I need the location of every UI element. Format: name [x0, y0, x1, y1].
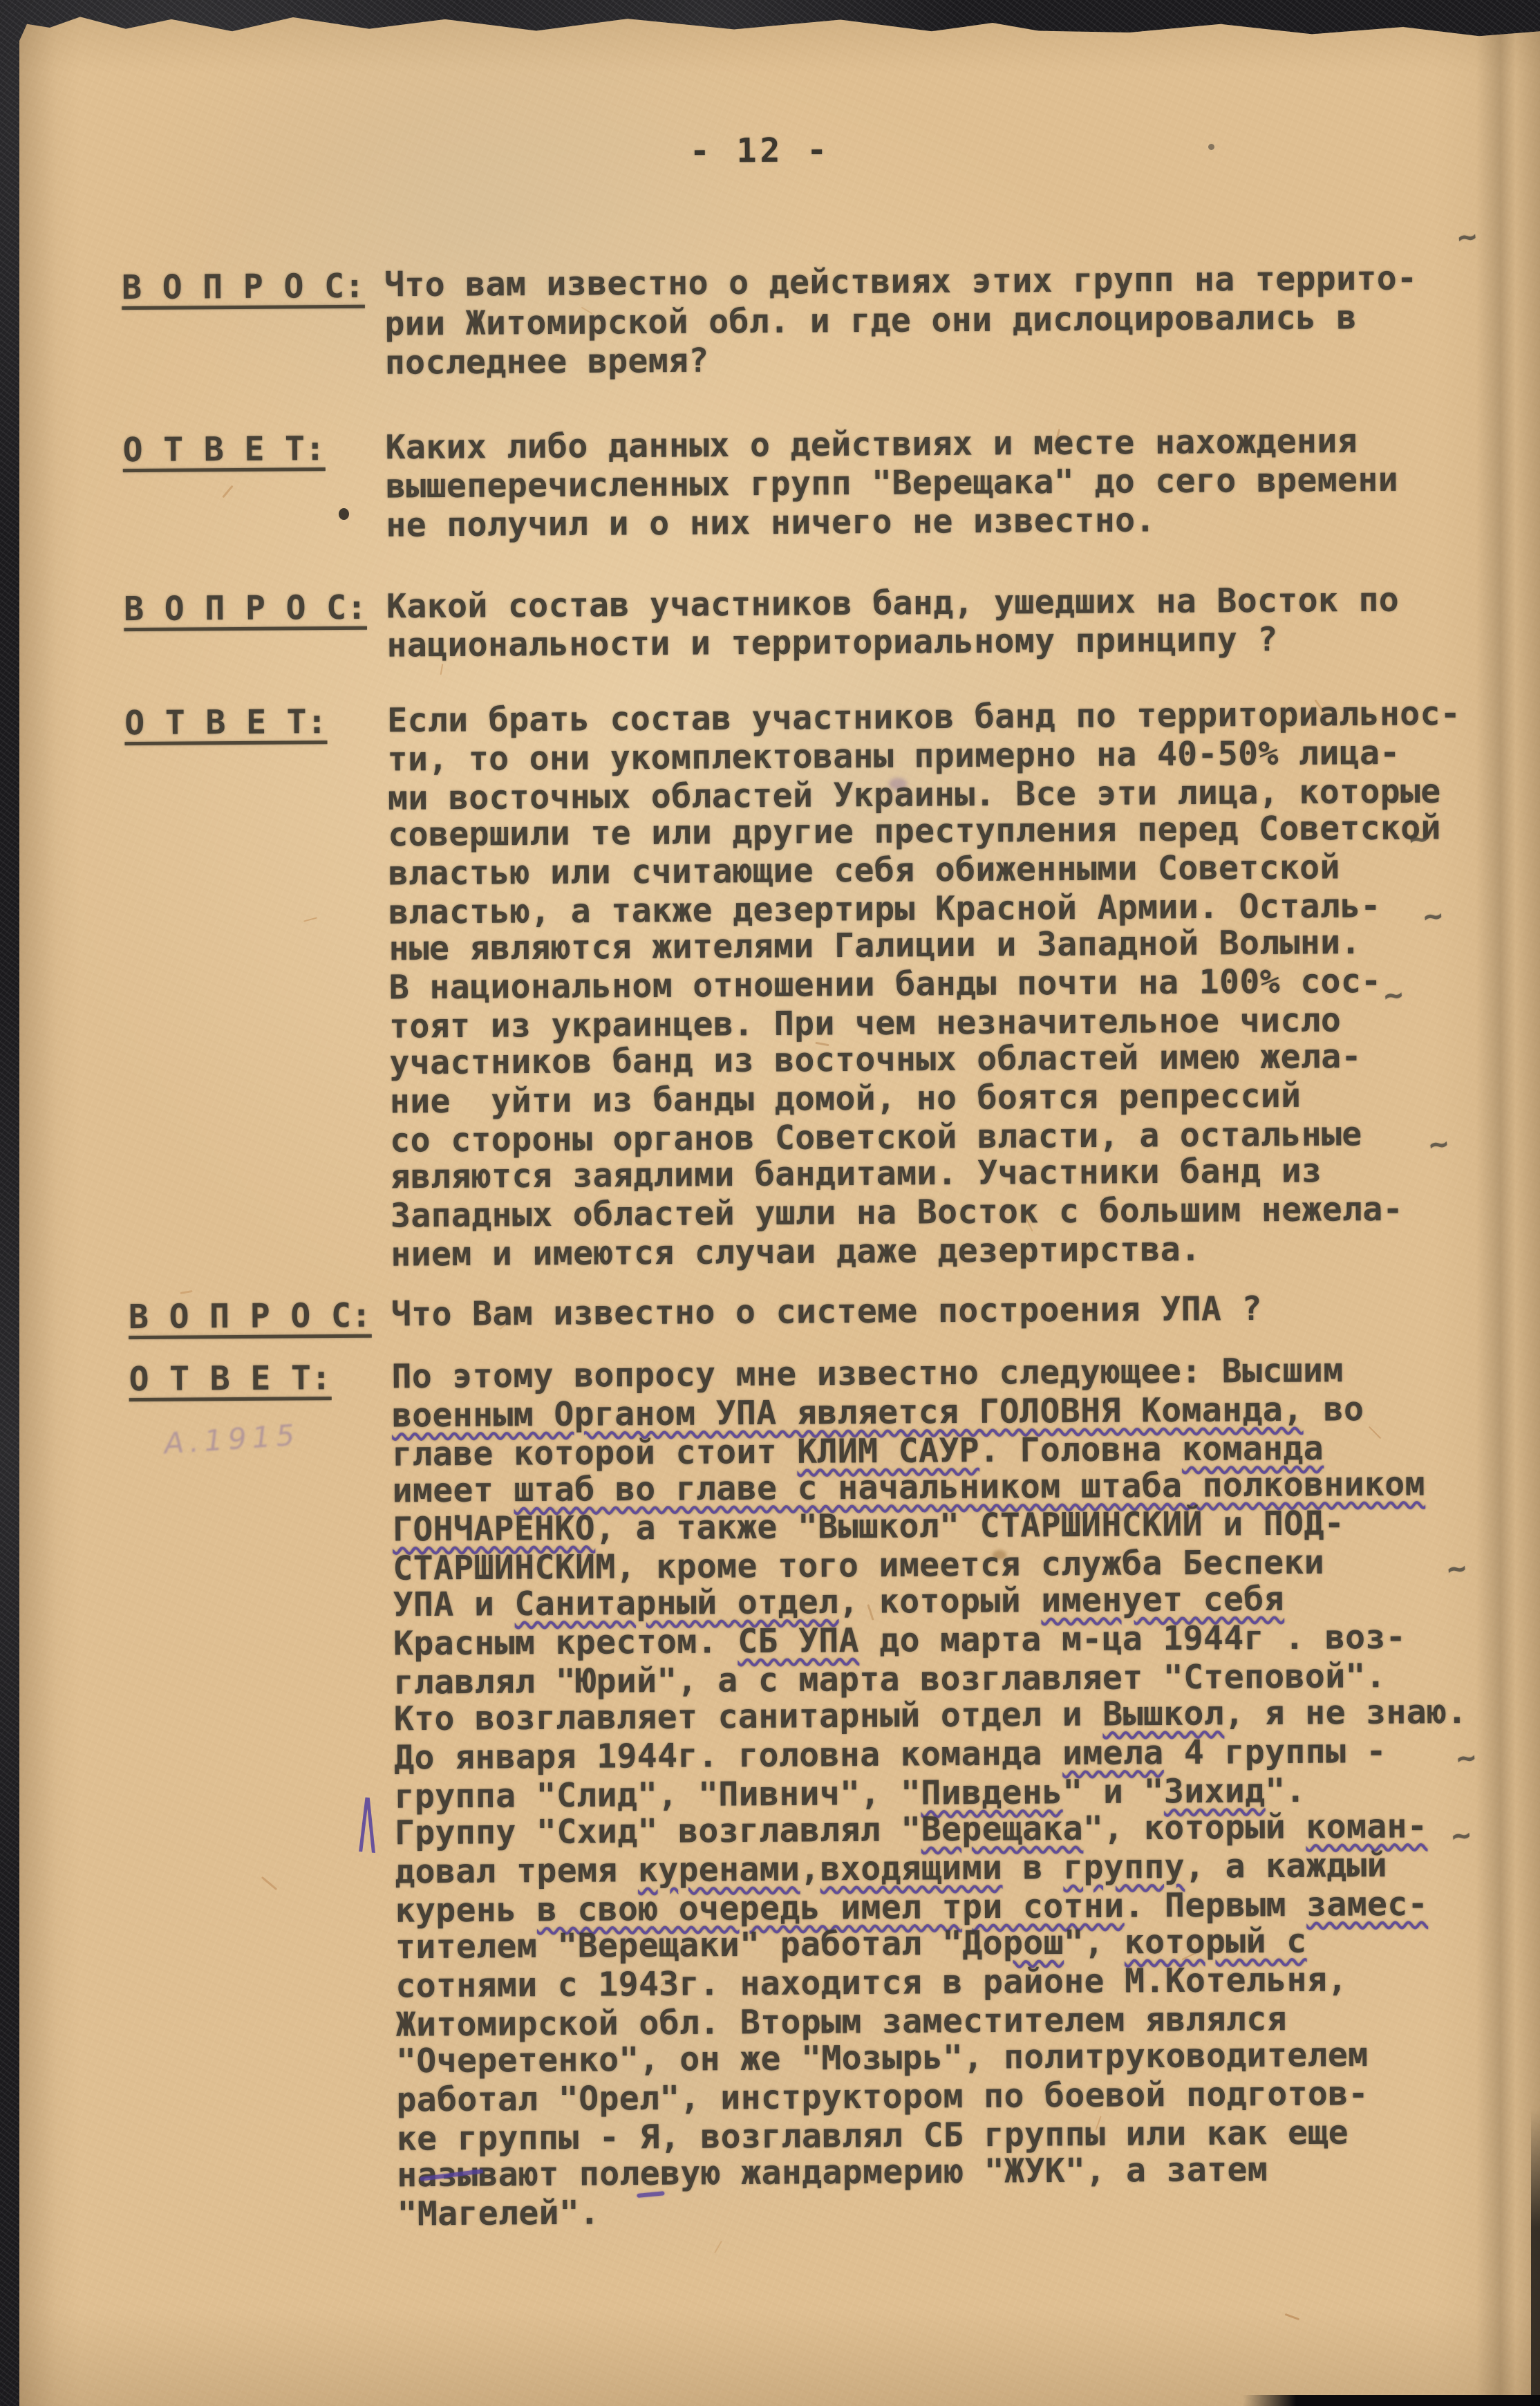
qa-line: рии Житомирской обл. и где они дислоциро…	[384, 299, 1357, 343]
pen-underlined-phrase: куренами	[638, 1850, 800, 1890]
typewritten-text: . Головна	[979, 1430, 1182, 1470]
pen-underlined-phrase: Вышкол	[1102, 1694, 1224, 1733]
qa-line: национальности и территориальному принци…	[386, 621, 1277, 665]
typewritten-text: ",	[1064, 1923, 1125, 1962]
pen-underlined-phrase: военным Органом УПА является ГОЛОВНЯ Ком…	[392, 1390, 1304, 1435]
typewritten-text: Западных областей ушли на Восток с больш…	[391, 1190, 1403, 1235]
pen-underlined-phrase: Санитарный отдел	[514, 1583, 838, 1623]
answer-label: О Т В Е Т:	[123, 430, 326, 469]
qa-line: Западных областей ушли на Восток с больш…	[391, 1191, 1403, 1235]
margin-tilde-mark: ~	[1456, 217, 1479, 257]
qa-line: участников банд из восточных областей им…	[389, 1038, 1362, 1082]
margin-tilde-mark: ~	[1427, 1124, 1450, 1164]
typewritten-text: являются заядлими бандитами. Участники б…	[390, 1151, 1322, 1196]
qa-line: вышеперечисленных групп "Верещака" до се…	[386, 461, 1398, 506]
typewritten-text: курень	[395, 1890, 537, 1930]
typewritten-text: рии Житомирской обл. и где они дислоциро…	[384, 298, 1357, 343]
typewritten-text: группа "Слид", "Пивнич", "	[394, 1774, 921, 1816]
qa-line: сотнями с 1943г. находится в районе М.Ко…	[395, 1961, 1347, 2005]
qa-line: Кто возглавляет санитарный отдел и Вышко…	[394, 1693, 1467, 1738]
pen-underlined-phrase: группу	[1063, 1847, 1185, 1887]
typewritten-text: "Магелей".	[397, 2194, 599, 2234]
typewritten-text: называют полевую жандармерию "ЖУК", а за…	[397, 2150, 1268, 2194]
typewritten-text: не получил и о них ничего не известно.	[386, 501, 1156, 544]
pen-caret-mark: ∧	[356, 1763, 379, 1875]
typewritten-text: УПА и	[393, 1585, 515, 1624]
typewritten-text: Что Вам известно о системе построения УП…	[391, 1289, 1262, 1334]
typewritten-text: нием и имеются случаи даже дезертирства.	[391, 1230, 1201, 1274]
typewritten-text: сотнями с 1943г. находится в районе М.Ко…	[395, 1960, 1347, 2005]
typewritten-content: - 12 - В О П Р О С:Что вам известно о де…	[0, 0, 1540, 2406]
qa-line: До января 1944г. головна команда имела 4…	[394, 1733, 1387, 1778]
qa-line: не получил и о них ничего не известно.	[386, 501, 1156, 544]
qa-line: Что Вам известно о системе построения УП…	[391, 1290, 1262, 1334]
typewritten-text: в	[1002, 1848, 1063, 1887]
pen-underlined-phrase: который с	[1125, 1922, 1307, 1962]
typewritten-text: , который	[838, 1581, 1041, 1621]
qa-line: Группу "Схид" возглавлял "Верещака", кот…	[395, 1807, 1428, 1852]
pen-underlined-phrase: Верещака	[921, 1809, 1084, 1849]
typewritten-text: , а каждый	[1185, 1846, 1387, 1886]
typewritten-text: главе которой стоит	[392, 1433, 797, 1474]
typewritten-text: вышеперечисленных групп "Верещака" до се…	[386, 460, 1398, 506]
typewritten-text: Что вам известно о действиях этих групп …	[384, 259, 1418, 304]
qa-line: Если брать состав участников банд по тер…	[387, 695, 1461, 740]
qa-line: УПА и Санитарный отдел, который именует …	[393, 1580, 1284, 1625]
typewritten-text: Какой состав участников банд, ушедших на…	[386, 581, 1399, 626]
typewritten-text: ные являются жителями Галиции и Западной…	[388, 923, 1361, 968]
typewritten-text: ние уйти из банды домой, но боятся репре…	[390, 1076, 1302, 1121]
question-label: В О П Р О С:	[122, 268, 365, 307]
pen-underlined-phrase: штаб во главе с начальником штаба полков…	[514, 1464, 1425, 1509]
pen-underlined-phrase: коман-	[1306, 1807, 1427, 1846]
faint-pencil-note: А.1915	[163, 1417, 301, 1460]
typewritten-text: Если брать состав участников банд по тер…	[387, 694, 1461, 740]
typewritten-text: властью или считающие себя обиженными Со…	[388, 848, 1340, 893]
qa-line: По этому вопросу мне известно следующее:…	[391, 1352, 1343, 1396]
margin-tilde-mark: ~	[1449, 1816, 1473, 1855]
margin-tilde-mark: ~	[1421, 896, 1445, 935]
qa-line: ние уйти из банды домой, но боятся репре…	[390, 1077, 1302, 1121]
answer-label: О Т В Е Т:	[129, 1359, 331, 1399]
typewritten-text: ти, то они укомплектованы примерно на 40…	[387, 734, 1400, 779]
question-label: В О П Р О С:	[124, 589, 367, 628]
pen-underlined-phrase: команда	[1182, 1429, 1324, 1468]
pen-underlined-phrase: СБ УПА	[738, 1621, 859, 1661]
typewritten-text: национальности и территориальному принци…	[386, 620, 1277, 665]
page-number: - 12 -	[690, 131, 831, 170]
qa-line: работал "Орел", инструктором по боевой п…	[396, 2075, 1369, 2119]
qa-line: ГОНЧАРЕНКО, а также "Вышкол" СТАРШИНСКИЙ…	[393, 1504, 1344, 1549]
pen-underlined-phrase: имела	[1062, 1733, 1164, 1773]
qa-line: Каких либо данных о действиях и месте на…	[385, 422, 1358, 467]
typewritten-text: " и "	[1062, 1772, 1164, 1811]
question-label: В О П Р О С:	[129, 1297, 372, 1336]
qa-line: военным Органом УПА является ГОЛОВНЯ Ком…	[392, 1390, 1364, 1435]
qa-line: В национальном отношении банды почти на …	[389, 962, 1382, 1007]
typewritten-text: ".	[1265, 1771, 1306, 1810]
typewritten-text: До января 1944г. головна команда	[394, 1734, 1062, 1777]
qa-line: являются заядлими бандитами. Участники б…	[390, 1152, 1322, 1196]
answer-label: О Т В Е Т:	[124, 703, 327, 743]
typewritten-text: Кто возглавляет санитарный отдел и	[394, 1695, 1103, 1739]
typewritten-text: ", который	[1083, 1808, 1306, 1848]
pen-underlined-phrase: ГОНЧАРЕНКО	[393, 1509, 595, 1549]
typewritten-text: тителем "Верещаки" работал "До	[395, 1923, 1003, 1966]
typewritten-text: последнее время?	[385, 342, 709, 382]
typewritten-text: . Первым	[1124, 1885, 1306, 1925]
typewritten-text: во	[1303, 1390, 1364, 1429]
margin-tilde-mark: ~	[1445, 1549, 1469, 1588]
typewritten-text: имеет	[392, 1471, 514, 1510]
qa-line: довал тремя куренами,входящими в группу,…	[395, 1847, 1387, 1892]
qa-line: совершили те или другие преступления пер…	[388, 809, 1441, 854]
typewritten-text: работал "Орел", инструктором по боевой п…	[396, 2074, 1369, 2119]
pen-underlined-phrase: замес-	[1306, 1885, 1428, 1924]
typewritten-text: Каких либо данных о действиях и месте на…	[385, 422, 1358, 467]
qa-line: тителем "Верещаки" работал "Дорош", кото…	[395, 1923, 1307, 1967]
typewritten-text: довал тремя	[395, 1851, 638, 1891]
pen-underlined-phrase: КЛИМ САУР	[797, 1431, 979, 1471]
pen-underlined-phrase: именует себя	[1041, 1580, 1284, 1620]
typewritten-text: совершили те или другие преступления пер…	[388, 808, 1441, 854]
margin-tilde-mark: ~	[1407, 819, 1431, 858]
qa-line: "Очеретенко", он же "Мозырь", политруков…	[396, 2036, 1369, 2080]
typewritten-text: По этому вопросу мне известно следующее:…	[391, 1351, 1343, 1396]
qa-line: Какой состав участников банд, ушедших на…	[386, 581, 1399, 626]
margin-tilde-mark: ~	[1382, 976, 1405, 1015]
typewritten-text: ,	[800, 1849, 820, 1888]
qa-line: последнее время?	[385, 342, 709, 382]
margin-tilde-mark: ~	[1454, 1738, 1478, 1778]
qa-line: властью или считающие себя обиженными Со…	[388, 848, 1340, 893]
pen-underlined-phrase: Пивдень	[921, 1773, 1062, 1812]
pen-underlined-phrase: рош	[1003, 1923, 1064, 1963]
typewritten-text: 4 группы -	[1163, 1732, 1387, 1772]
typewritten-text: Группу "Схид" возглавлял "	[395, 1810, 921, 1852]
typewritten-text: участников банд из восточных областей им…	[389, 1037, 1362, 1082]
qa-line: ти, то они укомплектованы примерно на 40…	[387, 734, 1400, 779]
qa-line: ные являются жителями Галиции и Западной…	[388, 924, 1361, 968]
typewritten-text: до марта м-ца 1944г . воз-	[859, 1618, 1406, 1660]
qa-line: "Магелей".	[397, 2194, 599, 2234]
qa-line: Красным крестом. СБ УПА до марта м-ца 19…	[393, 1619, 1406, 1663]
qa-line: называют полевую жандармерию "ЖУК", а за…	[397, 2151, 1268, 2194]
typewritten-text: , а также "Вышкол" СТАРШИНСКИЙ и ПОД-	[595, 1504, 1344, 1547]
qa-line: имеет штаб во главе с начальником штаба …	[393, 1465, 1426, 1510]
pen-underlined-phrase: входящими	[820, 1849, 1002, 1889]
typewritten-text: Красным крестом.	[393, 1622, 738, 1663]
pen-underlined-phrase: в свою очередь имел три сотни	[537, 1887, 1125, 1930]
typewritten-text: В национальном отношении банды почти на …	[389, 962, 1382, 1007]
typewritten-text: "Очеретенко", он же "Мозырь", политруков…	[396, 2035, 1369, 2080]
qa-line: Что вам известно о действиях этих групп …	[384, 259, 1418, 304]
qa-line: нием и имеются случаи даже дезертирства.	[391, 1231, 1201, 1274]
typewritten-text: , я не знаю.	[1224, 1692, 1467, 1733]
pen-underlined-phrase: Зихид	[1164, 1771, 1266, 1811]
